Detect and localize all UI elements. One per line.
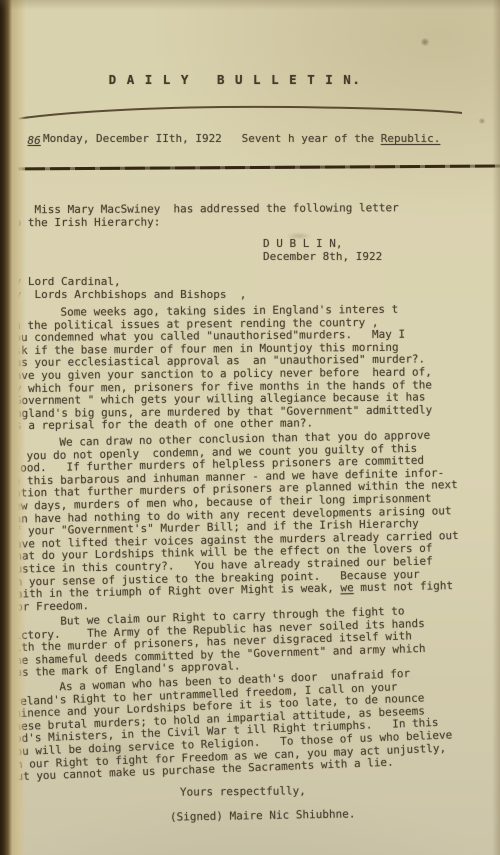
date-row: No. 86 Monday, December IIth, I922 Seven…	[0, 133, 500, 183]
letter-paragraph-1: Some weeks ago, taking sides in England'…	[7, 303, 494, 433]
scan-edge-top	[0, 0, 500, 10]
daily-bulletin-page: D A I L Y B U L L E T I N. No. 86 Monday…	[0, 0, 500, 855]
salutation: My Lord Cardinal, My Lords Archbishops a…	[8, 276, 494, 301]
we-underlined: we	[340, 581, 353, 594]
place-line: D U B L I N,	[263, 237, 342, 250]
republic-underlined: Republic.	[381, 132, 441, 145]
closing-line: Yours respectfully,	[180, 785, 306, 799]
letter-paragraph-4: As a woman who has been to death's door …	[6, 665, 500, 784]
paper-stain	[420, 38, 430, 46]
paper-stain	[478, 118, 486, 124]
header-divider-rule	[0, 102, 470, 124]
scan-edge-left	[0, 0, 26, 855]
document-title: D A I L Y B U L L E T I N.	[0, 74, 470, 87]
date-line: Monday, December IIth, I922 Sevent h yea…	[43, 133, 440, 146]
scan-edge-right	[492, 0, 500, 855]
letter-paragraph-2: We can draw no other conclusion than tha…	[6, 428, 499, 614]
signature-line: (Signed) Maire Nic Shiubhne.	[170, 808, 356, 824]
intro-paragraph: Miss Mary MacSwiney has addressed the fo…	[8, 202, 494, 230]
letter-place-date: D U B L I N, December 8th, I922	[263, 238, 382, 263]
date-sent-line: December 8th, I922	[263, 250, 382, 263]
